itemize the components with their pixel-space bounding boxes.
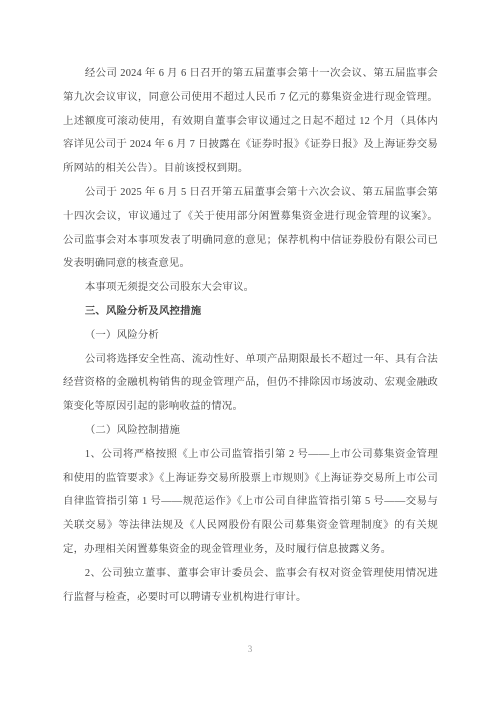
- section-heading-risk-analysis-and-controls: 三、风险分析及风控措施: [63, 300, 438, 324]
- paragraph-risk-analysis: 公司将选择安全性高、流动性好、单项产品期限最长不超过一年、具有合法经营资格的金融…: [63, 348, 438, 419]
- sub-heading-risk-analysis: （一）风险分析: [63, 324, 438, 348]
- page-number: 3: [0, 642, 500, 656]
- document-page: 经公司 2024 年 6 月 6 日召开的第五届董事会第十一次会议、第五届监事会…: [0, 0, 500, 707]
- paragraph-approval-2025: 公司于 2025 年 6 月 5 日召开第五届董事会第十六次会议、第五届监事会第…: [63, 181, 438, 276]
- paragraph-risk-control-measure-1: 1、公司将严格按照《上市公司监管指引第 2 号——上市公司募集资金管理和使用的监…: [63, 443, 438, 562]
- document-body: 经公司 2024 年 6 月 6 日召开的第五届董事会第十一次会议、第五届监事会…: [63, 62, 438, 609]
- sub-heading-risk-control-measures: （二）风险控制措施: [63, 419, 438, 443]
- paragraph-authorization-2024: 经公司 2024 年 6 月 6 日召开的第五届董事会第十一次会议、第五届监事会…: [63, 62, 438, 181]
- paragraph-no-shareholder-meeting: 本事项无须提交公司股东大会审议。: [63, 276, 438, 300]
- paragraph-risk-control-measure-2: 2、公司独立董事、董事会审计委员会、监事会有权对资金管理使用情况进行监督与检查，…: [63, 562, 438, 610]
